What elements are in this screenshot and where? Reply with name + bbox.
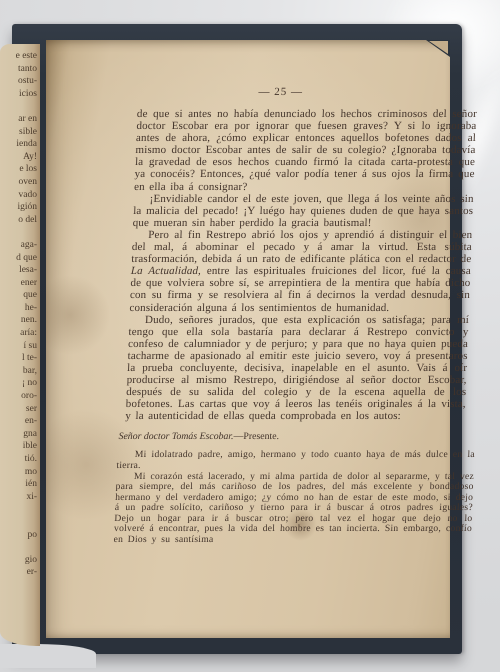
letter-addressee: Señor doctor Tomás Escobar. [118, 431, 233, 442]
previous-page-fragment: e los [0, 163, 37, 176]
previous-page-fragment: xi- [0, 491, 37, 504]
previous-page-fragment [0, 226, 37, 239]
previous-page-fragment: po [0, 529, 37, 542]
body-paragraph: Pero al fin Restrepo abrió los ojos y ap… [129, 229, 472, 314]
previous-page-fragment: ener [0, 277, 37, 290]
previous-page-fragment: ienda [0, 138, 37, 151]
italic-title: La Actualidad [131, 265, 199, 277]
page-text: — 25 — de que si antes no había denuncia… [120, 86, 478, 545]
previous-page-fragment: e este [0, 50, 37, 63]
previous-page-fragment: igión [0, 201, 37, 214]
previous-page-fragment: vado [0, 189, 37, 202]
letter-body: Mi idolatrado padre, amigo, hermano y to… [120, 450, 464, 545]
previous-page-fragment: gna [0, 428, 37, 441]
previous-page-fragment: ar en [0, 113, 37, 126]
previous-page-fragment: oven [0, 176, 37, 189]
previous-page-fragment: mo [0, 466, 37, 479]
previous-page-fragment: bar, [0, 365, 37, 378]
previous-page-fragment: o del [0, 214, 37, 227]
letter-salutation: Señor doctor Tomás Escobar.—Presente. [118, 431, 464, 442]
previous-page-fragment: er- [0, 566, 37, 579]
previous-page-fragment: sible [0, 126, 37, 139]
previous-page-fragment: que [0, 289, 37, 302]
body-text: de que si antes no había denunciado los … [125, 108, 477, 422]
previous-page-fragment: l te- [0, 352, 37, 365]
previous-page-fragment: nen. [0, 314, 37, 327]
body-paragraph: Dudo, señores jurados, que esta explicac… [125, 314, 469, 423]
previous-page-fragment: ible [0, 440, 37, 453]
letter-salutation-suffix: —Presente. [233, 431, 279, 442]
previous-page-fragment [0, 503, 37, 516]
previous-page-fragment: he- [0, 302, 37, 315]
body-paragraph: de que si antes no había denunciado los … [134, 108, 477, 193]
previous-page-edge: e estetantoostu-iciosar ensibleiendaAy!e… [0, 44, 40, 646]
previous-page-fragment [0, 541, 37, 554]
table-surface [0, 644, 96, 668]
previous-page-fragment: tanto [0, 63, 37, 76]
previous-page-fragment: aga- [0, 239, 37, 252]
previous-page-fragment: lesa- [0, 264, 37, 277]
previous-page-text-fragments: e estetantoostu-iciosar ensibleiendaAy!e… [0, 50, 37, 579]
body-paragraph: ¡Envidiable candor el de este joven, que… [133, 193, 474, 229]
previous-page-fragment: Ay! [0, 151, 37, 164]
previous-page-fragment: gio [0, 554, 37, 567]
previous-page-fragment: icios [0, 88, 37, 101]
book-photo: e estetantoostu-iciosar ensibleiendaAy!e… [0, 0, 500, 672]
letter-paragraph: Mi corazón está lacerado, y mi alma part… [113, 472, 474, 546]
previous-page-fragment [0, 100, 37, 113]
previous-page-fragment: ser [0, 403, 37, 416]
previous-page-fragment [0, 516, 37, 529]
book-page: — 25 — de que si antes no había denuncia… [46, 40, 450, 638]
previous-page-fragment: ién [0, 478, 37, 491]
previous-page-fragment: í su [0, 340, 37, 353]
paragraph-text: Pero al fin Restrepo abrió los ojos y ap… [131, 229, 472, 265]
page-number: — 25 — [138, 86, 424, 98]
previous-page-fragment: aría: [0, 327, 37, 340]
letter-paragraph: Mi idolatrado padre, amigo, hermano y to… [116, 450, 475, 471]
page-corner-fold-flap [429, 41, 448, 54]
previous-page-fragment: tió. [0, 453, 37, 466]
previous-page-fragment: en- [0, 415, 37, 428]
previous-page-fragment: d que [0, 252, 37, 265]
previous-page-fragment: ¡ no [0, 377, 37, 390]
previous-page-fragment: ostu- [0, 75, 37, 88]
previous-page-fragment: oro- [0, 390, 37, 403]
